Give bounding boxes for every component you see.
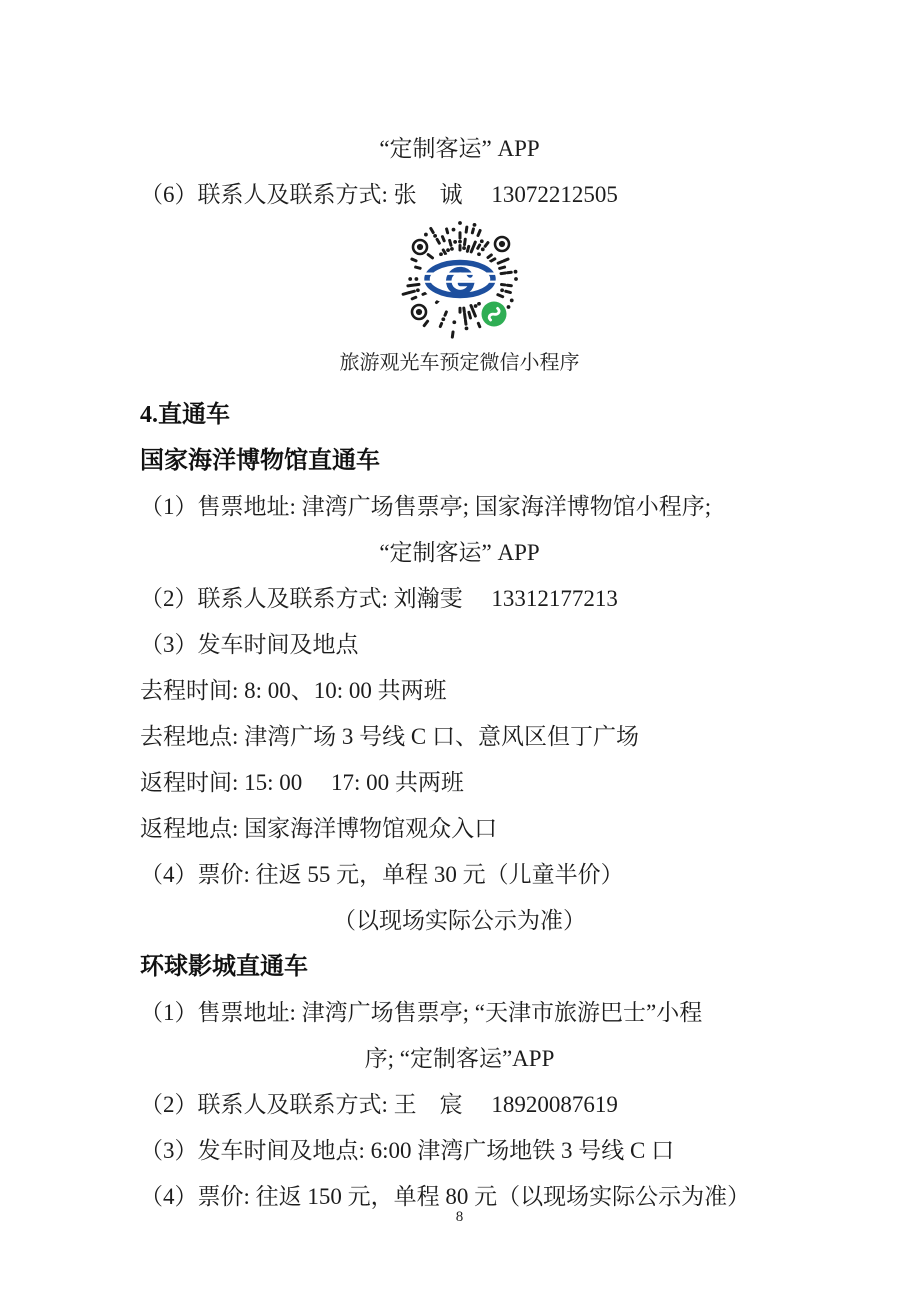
line-contact-6: （6）联系人及联系方式: 张 诚 13072212505 xyxy=(0,172,919,218)
document-page: “定制客运” APP（6）联系人及联系方式: 张 诚 13072212505 旅… xyxy=(0,0,919,1299)
line-departure-3b: （3）发车时间及地点: 6:00 津湾广场地铁 3 号线 C 口 xyxy=(0,1128,919,1174)
line-ticket-address-1: （1）售票地址: 津湾广场售票亭; 国家海洋博物馆小程序; xyxy=(0,484,919,530)
wechat-miniprogram-qr-icon xyxy=(396,218,524,340)
page-number: 8 xyxy=(0,1206,919,1228)
heading-4-through-bus: 4.直通车 xyxy=(0,392,919,438)
qr-code xyxy=(0,218,919,340)
line-outbound-place: 去程地点: 津湾广场 3 号线 C 口、意风区但丁广场 xyxy=(0,714,919,760)
line-contact-2: （2）联系人及联系方式: 刘瀚雯 13312177213 xyxy=(0,576,919,622)
line-app-center: “定制客运” APP xyxy=(0,126,919,172)
line-fare-note: （以现场实际公示为准） xyxy=(0,898,919,944)
line-ticket-address-1b: （1）售票地址: 津湾广场售票亭; “天津市旅游巴士”小程 xyxy=(0,990,919,1036)
line-ticket-address-1b-cont: 序; “定制客运”APP xyxy=(0,1036,919,1082)
line-return-time: 返程时间: 15: 00 17: 00 共两班 xyxy=(0,760,919,806)
document-content: “定制客运” APP（6）联系人及联系方式: 张 诚 13072212505 旅… xyxy=(0,126,919,1228)
line-departure-info-3: （3）发车时间及地点 xyxy=(0,622,919,668)
qr-caption: 旅游观光车预定微信小程序 xyxy=(0,346,919,380)
heading-universal-studios-bus: 环球影城直通车 xyxy=(0,944,919,990)
line-fare-4: （4）票价: 往返 55 元，单程 30 元（儿童半价） xyxy=(0,852,919,898)
line-return-place: 返程地点: 国家海洋博物馆观众入口 xyxy=(0,806,919,852)
line-outbound-time: 去程时间: 8: 00、10: 00 共两班 xyxy=(0,668,919,714)
line-contact-2b: （2）联系人及联系方式: 王 宸 18920087619 xyxy=(0,1082,919,1128)
line-app-center-2: “定制客运” APP xyxy=(0,530,919,576)
heading-national-maritime-museum-bus: 国家海洋博物馆直通车 xyxy=(0,438,919,484)
